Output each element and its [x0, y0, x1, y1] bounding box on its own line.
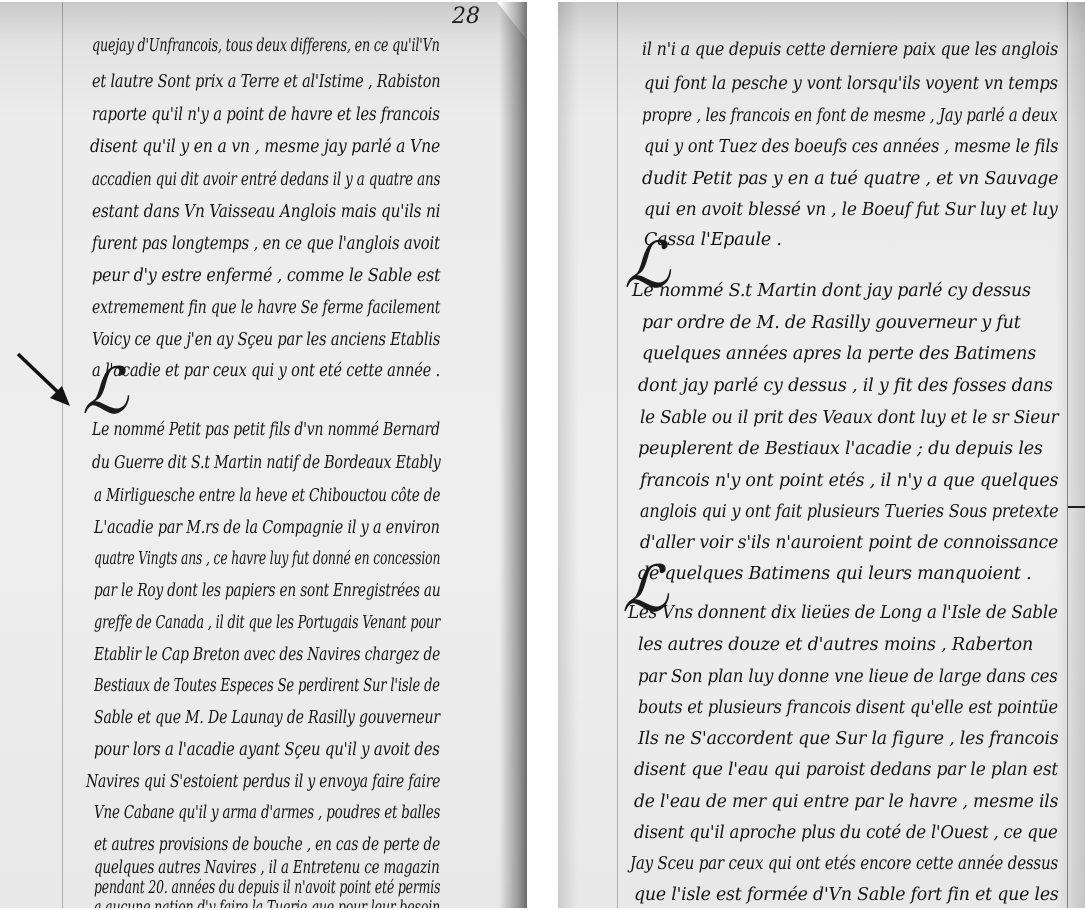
text-line: quatre Vingts ans , ce havre luy fut don…: [94, 549, 440, 569]
text-line: estant dans Vn Vaisseau Anglois mais qu'…: [92, 202, 440, 222]
text-line: qui font la pesche y vont lorsqu'ils voy…: [644, 74, 1058, 94]
text-line: par Son plan luy donne vne lieue de larg…: [638, 667, 1058, 687]
paragraph-start-line: Le nommé Petit pas petit fils d'vn nommé…: [92, 420, 440, 440]
text-line: dudit Petit pas y en a tué quatre , et v…: [642, 169, 1058, 189]
text-line: qui en avoit blessé vn , le Boeuf fut Su…: [644, 200, 1058, 220]
text-line: bouts et plusieurs francois disent qu'el…: [638, 698, 1058, 718]
left-margin-line: [617, 2, 618, 908]
text-line: du Guerre dit S.t Martin natif de Bordea…: [92, 453, 441, 473]
text-line: Cassa l'Epaule .: [644, 230, 782, 250]
text-line: disent qu'il y en a vn , mesme jay parlé…: [90, 137, 440, 157]
text-line: a aucune nation d'y faire la Tuerie que …: [94, 898, 440, 908]
right-edge-rule: [1067, 2, 1068, 908]
text-line: dont jay parlé cy dessus , il y fit des …: [638, 376, 1053, 396]
left-margin-line: [62, 2, 63, 908]
page-number: 28: [452, 4, 480, 29]
text-line: quejay d'Unfrancois, tous deux differens…: [92, 36, 440, 56]
text-line: anglois qui y ont fait plusieurs Tueries…: [640, 502, 1058, 522]
text-line: furent pas longtemps , en ce que l'anglo…: [92, 234, 440, 254]
text-line: pour lors a l'acadie ayant Sçeu qu'il y …: [94, 740, 440, 760]
text-line: a l'acadie et par ceux qui y ont eté cet…: [92, 361, 440, 381]
text-line: il n'i a que depuis cette derniere paix …: [642, 40, 1058, 60]
torn-corner: [497, 2, 527, 40]
text-line: et autres provisions de bouche , en cas …: [94, 835, 440, 855]
text-line: extremement fin que le havre Se ferme fa…: [92, 298, 440, 318]
paragraph-start-line: Le nommé S.t Martin dont jay parlé cy de…: [632, 281, 1031, 301]
text-line: L'acadie par M.rs de la Compagnie il y a…: [94, 518, 440, 538]
text-line: disent qu'il aproche plus du coté de l'O…: [634, 823, 1058, 843]
text-line: qui y ont Tuez des boeufs ces années , m…: [644, 137, 1058, 157]
text-line: le Sable ou il prit des Veaux dont luy e…: [640, 408, 1058, 428]
text-line: quelques autres Navires , il a Entretenu…: [94, 858, 440, 878]
text-line: et lautre Sont prix a Terre et al'Istime…: [92, 72, 440, 92]
text-line: Navires qui S'estoient perdus il y envoy…: [86, 772, 440, 792]
text-line: de quelques Batimens qui leurs manquoien…: [638, 564, 1031, 584]
text-line: Jay Sceu par ceux qui ont etés encore ce…: [630, 854, 1058, 874]
manuscript-page-right: ℒ ℒ il n'i a que depuis cette derniere p…: [558, 2, 1085, 908]
text-line: Voicy ce que j'en ay Sçeu par les ancien…: [92, 330, 440, 350]
text-line: a Mirliguesche entre la heve et Chibouct…: [94, 486, 440, 506]
paragraph-start-line: Les Vns donnent dix lieües de Long a l'I…: [628, 603, 1058, 623]
text-line: de l'eau de mer qui entre par le havre ,…: [634, 792, 1058, 812]
text-line: Etablir le Cap Breton avec des Navires c…: [94, 645, 440, 665]
text-line: francois n'y ont point etés , il n'y a q…: [640, 471, 1058, 491]
text-line: que l'isle est formée d'Vn Sable fort fi…: [634, 885, 1059, 905]
text-line: peur d'y estre enfermé , comme le Sable …: [92, 266, 440, 286]
text-line: disent que l'eau qui paroist dedans par …: [634, 760, 1058, 780]
text-line: d'aller voir s'ils n'auroient point de c…: [640, 533, 1058, 553]
manuscript-page-left: 28 ℒ quejay d'Unfrancois, tous deux diff…: [0, 2, 527, 908]
text-line: propre , les francois en font de mesme ,…: [642, 106, 1058, 126]
text-line: Ils ne S'accordent que Sur la figure , l…: [638, 729, 1058, 749]
arrow-annotation-icon: [14, 350, 76, 410]
text-line: greffe de Canada , il dit que les Portug…: [94, 613, 440, 633]
text-line: par le Roy dont les papiers en sont Enre…: [94, 581, 440, 601]
text-line: quelques années apres la perte des Batim…: [642, 344, 1036, 364]
text-line: Bestiaux de Toutes Especes Se perdirent …: [94, 676, 440, 696]
text-line: accadien qui dit avoir entré dedans il y…: [92, 170, 440, 190]
text-line: peuplerent de Bestiaux l'acadie ; du dep…: [638, 439, 1043, 459]
text-line: par ordre de M. de Rasilly gouverneur y …: [642, 313, 1021, 333]
text-line: les autres douze et d'autres moins , Rab…: [638, 635, 1033, 655]
text-line: Sable et que M. De Launay de Rasilly gou…: [94, 708, 440, 728]
text-line: Vne Cabane qu'il y arma d'armes , poudre…: [94, 803, 440, 823]
text-line: raporte qu'il n'y a point de havre et le…: [92, 105, 440, 125]
text-line: pendant 20. années du depuis il n'avoit …: [94, 878, 440, 898]
edge-tick-mark: [1068, 506, 1085, 508]
